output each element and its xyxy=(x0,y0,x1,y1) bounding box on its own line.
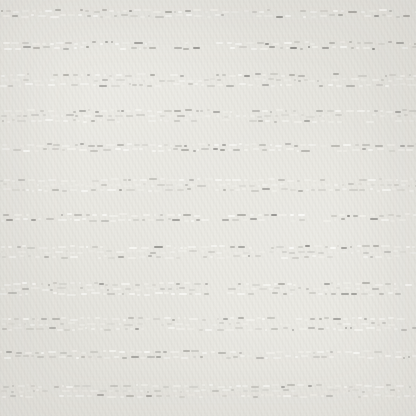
sparkle-dash xyxy=(222,219,229,221)
sparkle-dash xyxy=(74,214,82,216)
sparkle-dash xyxy=(311,189,314,191)
sparkle-dash xyxy=(27,109,35,111)
metallic-stripe-row xyxy=(0,15,416,17)
sparkle-dash xyxy=(18,85,22,87)
sparkle-dash xyxy=(121,14,128,16)
sparkle-dash xyxy=(258,219,265,221)
sparkle-dash xyxy=(88,356,92,358)
sparkle-dash xyxy=(153,318,160,320)
sparkle-dash xyxy=(27,390,30,392)
sparkle-dash xyxy=(35,352,38,354)
sparkle-dash xyxy=(91,120,95,122)
sparkle-dash xyxy=(75,144,79,146)
sparkle-dash xyxy=(150,74,155,76)
metallic-stripe-row xyxy=(0,328,416,330)
sparkle-dash xyxy=(117,121,120,123)
sparkle-dash xyxy=(14,318,20,320)
sparkle-dash xyxy=(396,385,405,387)
sparkle-dash xyxy=(139,48,141,50)
sparkle-dash xyxy=(178,317,180,319)
sparkle-dash xyxy=(104,255,108,257)
sparkle-dash xyxy=(306,189,309,191)
sparkle-dash xyxy=(207,390,210,392)
sparkle-dash xyxy=(55,9,62,11)
sparkle-dash xyxy=(385,75,387,77)
sparkle-dash xyxy=(349,386,353,388)
sparkle-dash xyxy=(111,178,119,180)
sparkle-dash xyxy=(131,47,137,49)
sparkle-dash xyxy=(382,189,391,191)
sparkle-dash xyxy=(397,115,400,117)
sparkle-dash xyxy=(265,394,273,396)
sparkle-dash xyxy=(189,289,194,291)
sparkle-dash xyxy=(155,16,163,18)
sparkle-dash xyxy=(116,328,120,330)
sparkle-dash xyxy=(311,184,320,186)
sparkle-dash xyxy=(174,11,176,13)
sparkle-dash xyxy=(269,288,272,290)
sparkle-dash xyxy=(335,110,341,112)
sparkle-dash xyxy=(164,357,171,359)
sparkle-dash xyxy=(379,293,383,295)
sparkle-dash xyxy=(289,74,295,76)
sparkle-dash xyxy=(74,43,79,45)
sparkle-dash xyxy=(1,220,4,222)
sparkle-dash xyxy=(161,324,164,326)
sparkle-dash xyxy=(80,287,83,289)
sparkle-dash xyxy=(91,328,95,330)
sparkle-dash xyxy=(196,110,199,112)
sparkle-dash xyxy=(194,283,201,285)
sparkle-dash xyxy=(116,74,122,76)
sparkle-dash xyxy=(320,179,325,181)
sparkle-dash xyxy=(173,148,178,150)
sparkle-dash xyxy=(135,284,140,286)
sparkle-dash xyxy=(384,251,391,253)
sparkle-dash xyxy=(64,329,70,331)
sparkle-dash xyxy=(307,251,315,253)
sparkle-dash xyxy=(8,329,12,331)
sparkle-dash xyxy=(229,115,231,117)
sparkle-dash xyxy=(251,288,257,290)
sparkle-dash xyxy=(331,215,337,217)
sparkle-dash xyxy=(170,74,178,76)
sparkle-dash xyxy=(233,149,240,151)
sparkle-dash xyxy=(138,317,144,319)
metallic-stripes-layer xyxy=(0,0,416,416)
sparkle-dash xyxy=(341,293,350,295)
sparkle-dash xyxy=(285,355,291,357)
sparkle-dash xyxy=(232,219,238,221)
sparkle-dash xyxy=(275,145,282,147)
sparkle-dash xyxy=(396,179,398,181)
sparkle-dash xyxy=(143,214,151,216)
sparkle-dash xyxy=(341,10,344,12)
sparkle-dash xyxy=(297,180,299,182)
sparkle-dash xyxy=(52,148,59,150)
sparkle-dash xyxy=(2,144,7,146)
sparkle-dash xyxy=(283,389,289,391)
sparkle-dash xyxy=(45,324,48,326)
sparkle-dash xyxy=(337,150,342,152)
sparkle-dash xyxy=(78,328,83,330)
sparkle-dash xyxy=(303,16,306,18)
sparkle-dash xyxy=(148,120,156,122)
sparkle-dash xyxy=(148,41,153,43)
sparkle-dash xyxy=(361,11,365,13)
sparkle-dash xyxy=(341,218,345,220)
sparkle-dash xyxy=(103,350,106,352)
sparkle-dash xyxy=(112,318,120,320)
sparkle-dash xyxy=(403,15,410,17)
sparkle-dash xyxy=(134,9,141,11)
sparkle-dash xyxy=(148,190,152,192)
sparkle-dash xyxy=(125,75,132,77)
sparkle-dash xyxy=(409,190,415,192)
sparkle-dash xyxy=(13,283,20,285)
sparkle-dash xyxy=(67,294,76,296)
sparkle-dash xyxy=(236,385,240,387)
sparkle-dash xyxy=(41,283,43,285)
sparkle-dash xyxy=(323,289,328,291)
sparkle-dash xyxy=(387,144,395,146)
sparkle-dash xyxy=(70,256,79,258)
sparkle-dash xyxy=(297,384,304,386)
sparkle-dash xyxy=(183,350,190,352)
metallic-stripe-row xyxy=(0,149,416,151)
sparkle-dash xyxy=(395,293,401,295)
sparkle-dash xyxy=(197,178,199,180)
sparkle-dash xyxy=(38,120,42,122)
sparkle-dash xyxy=(6,219,13,221)
sparkle-dash xyxy=(406,78,414,80)
sparkle-dash xyxy=(123,319,127,321)
sparkle-dash xyxy=(2,318,7,320)
sparkle-dash xyxy=(355,283,361,285)
sparkle-dash xyxy=(137,396,143,398)
sparkle-dash xyxy=(233,255,240,257)
sparkle-dash xyxy=(194,83,198,85)
sparkle-dash xyxy=(23,46,32,48)
sparkle-dash xyxy=(229,144,237,146)
sparkle-dash xyxy=(53,282,58,284)
sparkle-dash xyxy=(198,143,205,145)
sparkle-dash xyxy=(20,395,22,397)
sparkle-dash xyxy=(31,14,34,16)
sparkle-dash xyxy=(96,184,100,186)
sparkle-dash xyxy=(413,395,415,397)
sparkle-dash xyxy=(327,110,334,112)
sparkle-dash xyxy=(249,247,252,249)
sparkle-dash xyxy=(139,256,146,258)
sparkle-dash xyxy=(324,317,329,319)
sparkle-dash xyxy=(375,145,383,147)
sparkle-dash xyxy=(232,179,241,181)
sparkle-dash xyxy=(344,287,351,289)
sparkle-dash xyxy=(42,43,47,45)
sparkle-dash xyxy=(18,251,26,253)
sparkle-dash xyxy=(384,327,391,329)
sparkle-dash xyxy=(50,184,58,186)
sparkle-dash xyxy=(26,189,29,191)
sparkle-dash xyxy=(208,184,216,186)
sparkle-dash xyxy=(188,246,196,248)
sparkle-dash xyxy=(388,324,395,326)
sparkle-dash xyxy=(332,46,335,48)
sparkle-dash xyxy=(271,247,275,249)
sparkle-dash xyxy=(175,395,177,397)
sparkle-dash xyxy=(185,324,190,326)
metallic-stripe-row xyxy=(0,42,416,44)
sparkle-dash xyxy=(290,293,293,295)
sparkle-dash xyxy=(400,75,405,77)
sparkle-dash xyxy=(243,115,246,117)
sparkle-dash xyxy=(349,189,357,191)
metallic-stripe-row xyxy=(0,74,416,76)
sparkle-dash xyxy=(115,184,121,186)
sparkle-dash xyxy=(81,352,86,354)
sparkle-dash xyxy=(394,283,397,285)
sparkle-dash xyxy=(207,16,211,18)
sparkle-dash xyxy=(318,256,325,258)
sparkle-dash xyxy=(233,356,239,358)
sparkle-dash xyxy=(192,144,194,146)
sparkle-dash xyxy=(168,218,171,220)
sparkle-dash xyxy=(368,389,371,391)
sparkle-dash xyxy=(405,284,412,286)
sparkle-dash xyxy=(21,16,29,18)
sparkle-dash xyxy=(219,322,224,324)
sparkle-dash xyxy=(333,73,339,75)
sparkle-dash xyxy=(85,327,87,329)
sparkle-dash xyxy=(201,148,209,150)
sparkle-dash xyxy=(79,282,82,284)
sparkle-dash xyxy=(280,84,282,86)
sparkle-dash xyxy=(23,318,29,320)
sparkle-dash xyxy=(298,214,306,216)
sparkle-dash xyxy=(379,215,384,217)
sparkle-dash xyxy=(308,327,315,329)
sparkle-dash xyxy=(264,115,271,117)
sparkle-dash xyxy=(3,42,10,44)
sparkle-dash xyxy=(217,84,223,86)
sparkle-dash xyxy=(43,114,46,116)
sparkle-dash xyxy=(125,328,129,330)
sparkle-dash xyxy=(318,252,324,254)
sparkle-dash xyxy=(128,317,134,319)
sparkle-dash xyxy=(317,80,319,82)
metallic-stripe-row xyxy=(0,395,416,397)
sparkle-dash xyxy=(94,11,100,13)
sparkle-dash xyxy=(92,180,100,182)
sparkle-dash xyxy=(400,145,405,147)
sparkle-dash xyxy=(255,73,261,75)
sparkle-dash xyxy=(201,389,206,391)
sparkle-dash xyxy=(174,120,180,122)
sparkle-dash xyxy=(60,83,67,85)
sparkle-dash xyxy=(196,219,200,221)
sparkle-dash xyxy=(409,386,412,388)
sparkle-dash xyxy=(61,214,63,216)
sparkle-dash xyxy=(290,289,295,291)
sparkle-dash xyxy=(215,189,219,191)
sparkle-dash xyxy=(227,292,234,294)
sparkle-dash xyxy=(32,283,37,285)
sparkle-dash xyxy=(326,114,331,116)
sparkle-dash xyxy=(204,115,211,117)
sparkle-dash xyxy=(392,188,395,190)
sparkle-dash xyxy=(292,257,300,259)
sparkle-dash xyxy=(358,396,361,398)
sparkle-dash xyxy=(12,189,20,191)
sparkle-dash xyxy=(7,121,11,123)
sparkle-dash xyxy=(17,74,25,76)
sparkle-dash xyxy=(394,184,399,186)
sparkle-dash xyxy=(173,356,179,358)
sparkle-dash xyxy=(370,188,372,190)
sparkle-dash xyxy=(170,145,173,147)
sparkle-dash xyxy=(313,288,321,290)
sparkle-dash xyxy=(81,74,83,76)
sparkle-dash xyxy=(148,255,152,257)
sparkle-dash xyxy=(135,109,142,111)
sparkle-dash xyxy=(216,252,222,254)
sparkle-dash xyxy=(364,42,373,44)
sparkle-dash xyxy=(165,11,173,13)
sparkle-dash xyxy=(111,41,113,43)
sparkle-dash xyxy=(340,41,345,43)
sparkle-dash xyxy=(100,390,107,392)
sparkle-dash xyxy=(243,252,249,254)
sparkle-dash xyxy=(143,47,147,49)
sparkle-dash xyxy=(263,385,270,387)
sparkle-dash xyxy=(388,41,392,43)
sparkle-dash xyxy=(13,149,21,151)
sparkle-dash xyxy=(115,390,119,392)
sparkle-dash xyxy=(250,115,255,117)
sparkle-dash xyxy=(44,256,50,258)
sparkle-dash xyxy=(216,74,219,76)
sparkle-dash xyxy=(24,323,27,325)
sparkle-dash xyxy=(144,351,150,353)
sparkle-dash xyxy=(106,144,115,146)
sparkle-dash xyxy=(346,110,354,112)
sparkle-dash xyxy=(189,114,192,116)
sparkle-dash xyxy=(153,11,161,13)
sparkle-dash xyxy=(210,9,218,11)
sparkle-dash xyxy=(387,257,392,259)
sparkle-dash xyxy=(80,83,89,85)
sparkle-dash xyxy=(37,184,39,186)
sparkle-dash xyxy=(116,79,125,81)
sparkle-dash xyxy=(377,190,380,192)
sparkle-dash xyxy=(318,328,324,330)
sparkle-dash xyxy=(43,148,47,150)
sparkle-dash xyxy=(80,317,84,319)
sparkle-dash xyxy=(327,256,333,258)
sparkle-dash xyxy=(398,149,405,151)
sparkle-dash xyxy=(160,119,163,121)
sparkle-dash xyxy=(331,79,339,81)
sparkle-dash xyxy=(342,251,347,253)
sparkle-dash xyxy=(251,190,259,192)
sparkle-dash xyxy=(0,351,2,353)
sparkle-dash xyxy=(2,120,4,122)
sparkle-dash xyxy=(107,323,114,325)
sparkle-dash xyxy=(122,42,130,44)
sparkle-dash xyxy=(321,120,325,122)
sparkle-dash xyxy=(195,293,200,295)
sparkle-dash xyxy=(72,350,77,352)
sparkle-dash xyxy=(107,396,115,398)
sparkle-dash xyxy=(57,287,66,289)
sparkle-dash xyxy=(263,284,271,286)
sparkle-dash xyxy=(174,47,182,49)
sparkle-dash xyxy=(25,396,34,398)
sparkle-dash xyxy=(136,390,138,392)
sparkle-dash xyxy=(66,386,72,388)
sparkle-dash xyxy=(156,356,161,358)
sparkle-dash xyxy=(269,251,274,253)
sparkle-dash xyxy=(298,190,303,192)
sparkle-dash xyxy=(357,250,360,252)
sparkle-dash xyxy=(237,214,246,216)
sparkle-dash xyxy=(122,83,125,85)
sparkle-dash xyxy=(377,148,385,150)
sparkle-dash xyxy=(193,9,201,11)
sparkle-dash xyxy=(154,214,156,216)
sparkle-dash xyxy=(401,180,408,182)
sparkle-dash xyxy=(317,351,324,353)
sparkle-dash xyxy=(2,328,7,330)
sparkle-dash xyxy=(353,215,358,217)
metallic-stripe-row xyxy=(0,120,416,122)
sparkle-dash xyxy=(234,252,242,254)
sparkle-dash xyxy=(17,115,21,117)
sparkle-dash xyxy=(115,148,121,150)
sparkle-dash xyxy=(265,357,268,359)
sparkle-dash xyxy=(47,143,52,145)
sparkle-dash xyxy=(127,143,132,145)
sparkle-dash xyxy=(309,80,315,82)
sparkle-dash xyxy=(253,396,258,398)
sparkle-dash xyxy=(336,287,340,289)
sparkle-dash xyxy=(49,356,56,358)
sparkle-dash xyxy=(118,219,124,221)
metallic-stripe-row xyxy=(0,10,416,12)
sparkle-dash xyxy=(146,318,150,320)
sparkle-dash xyxy=(141,384,147,386)
sparkle-dash xyxy=(168,282,174,284)
sparkle-dash xyxy=(152,150,156,152)
sparkle-dash xyxy=(33,80,42,82)
sparkle-dash xyxy=(280,323,283,325)
sparkle-dash xyxy=(380,184,384,186)
sparkle-dash xyxy=(387,184,392,186)
sparkle-dash xyxy=(75,115,78,117)
sparkle-dash xyxy=(164,292,169,294)
sparkle-dash xyxy=(3,188,11,190)
sparkle-dash xyxy=(262,389,269,391)
sparkle-dash xyxy=(83,115,91,117)
sparkle-dash xyxy=(296,322,303,324)
sparkle-dash xyxy=(343,323,351,325)
sparkle-dash xyxy=(125,288,132,290)
sparkle-dash xyxy=(328,251,333,253)
sparkle-dash xyxy=(359,85,363,87)
sparkle-dash xyxy=(220,149,225,151)
sparkle-dash xyxy=(15,289,21,291)
